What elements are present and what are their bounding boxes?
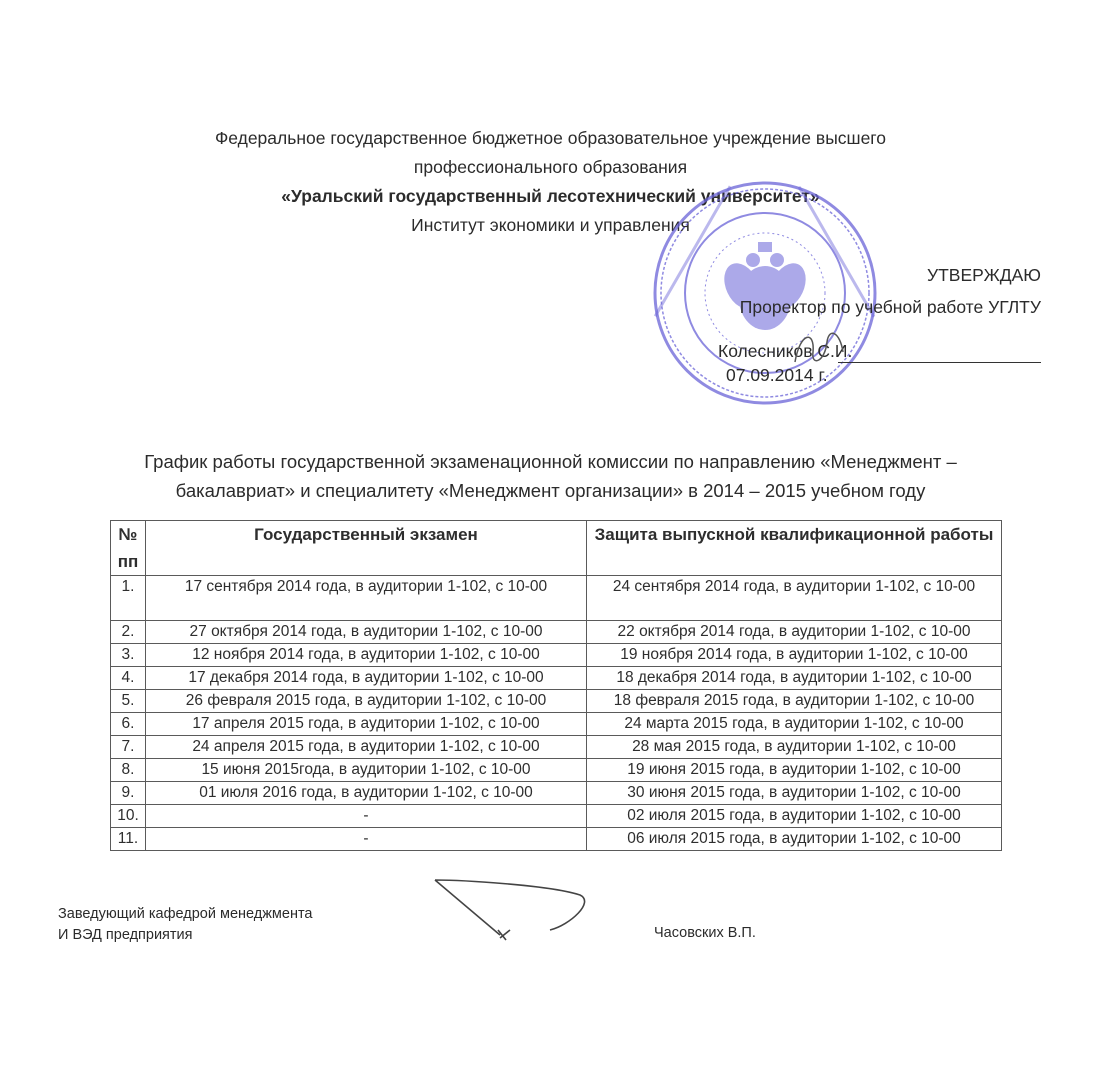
table-row: 6.17 апреля 2015 года, в аудитории 1-102… — [111, 713, 1002, 736]
table-row: 1.17 сентября 2014 года, в аудитории 1-1… — [111, 576, 1002, 621]
table-row: 3.12 ноября 2014 года, в аудитории 1-102… — [111, 644, 1002, 667]
approver-signature-icon — [785, 322, 855, 372]
cell-exam: 01 июля 2016 года, в аудитории 1-102, с … — [146, 782, 587, 805]
cell-defense: 19 ноября 2014 года, в аудитории 1-102, … — [587, 644, 1002, 667]
cell-exam: 26 февраля 2015 года, в аудитории 1-102,… — [146, 690, 587, 713]
institute-name: Институт экономики и управления — [0, 211, 1101, 240]
cell-exam: - — [146, 805, 587, 828]
cell-num: 8. — [111, 759, 146, 782]
header-exam: Государственный экзамен — [146, 521, 587, 576]
header-line-2: профессионального образования — [0, 153, 1101, 182]
signature-line — [838, 362, 1041, 363]
header-defense: Защита выпускной квалификационной работы — [587, 521, 1002, 576]
cell-num: 1. — [111, 576, 146, 621]
cell-num: 6. — [111, 713, 146, 736]
header-num: № пп — [111, 521, 146, 576]
document-title: График работы государственной экзаменаци… — [0, 447, 1101, 505]
cell-defense: 06 июля 2015 года, в аудитории 1-102, с … — [587, 828, 1002, 851]
table-row: 9.01 июля 2016 года, в аудитории 1-102, … — [111, 782, 1002, 805]
cell-num: 3. — [111, 644, 146, 667]
university-name: «Уральский государственный лесотехническ… — [0, 182, 1101, 211]
cell-defense: 18 декабря 2014 года, в аудитории 1-102,… — [587, 667, 1002, 690]
footer-position-line-2: И ВЭД предприятия — [58, 925, 313, 946]
cell-num: 11. — [111, 828, 146, 851]
table-row: 10.-02 июля 2015 года, в аудитории 1-102… — [111, 805, 1002, 828]
approve-label: УТВЕРЖДАЮ — [927, 265, 1041, 286]
title-line-1: График работы государственной экзаменаци… — [0, 447, 1101, 476]
cell-num: 7. — [111, 736, 146, 759]
cell-defense: 02 июля 2015 года, в аудитории 1-102, с … — [587, 805, 1002, 828]
schedule-table: № пп Государственный экзамен Защита выпу… — [110, 520, 1002, 851]
table-row: 5.26 февраля 2015 года, в аудитории 1-10… — [111, 690, 1002, 713]
cell-exam: 17 декабря 2014 года, в аудитории 1-102,… — [146, 667, 587, 690]
signer-name: Часовских В.П. — [654, 925, 756, 941]
title-line-2: бакалавриат» и специалитету «Менеджмент … — [0, 476, 1101, 505]
cell-exam: 15 июня 2015года, в аудитории 1-102, с 1… — [146, 759, 587, 782]
cell-exam: 17 апреля 2015 года, в аудитории 1-102, … — [146, 713, 587, 736]
cell-defense: 30 июня 2015 года, в аудитории 1-102, с … — [587, 782, 1002, 805]
cell-defense: 22 октября 2014 года, в аудитории 1-102,… — [587, 621, 1002, 644]
cell-defense: 19 июня 2015 года, в аудитории 1-102, с … — [587, 759, 1002, 782]
cell-num: 5. — [111, 690, 146, 713]
cell-defense: 28 мая 2015 года, в аудитории 1-102, с 1… — [587, 736, 1002, 759]
cell-exam: 12 ноября 2014 года, в аудитории 1-102, … — [146, 644, 587, 667]
cell-defense: 18 февраля 2015 года, в аудитории 1-102,… — [587, 690, 1002, 713]
table-row: 4.17 декабря 2014 года, в аудитории 1-10… — [111, 667, 1002, 690]
footer-position-line-1: Заведующий кафедрой менеджмента — [58, 904, 313, 925]
cell-num: 9. — [111, 782, 146, 805]
cell-num: 4. — [111, 667, 146, 690]
table-row: 7.24 апреля 2015 года, в аудитории 1-102… — [111, 736, 1002, 759]
footer-position: Заведующий кафедрой менеджмента И ВЭД пр… — [58, 904, 313, 946]
table-row: 2.27 октября 2014 года, в аудитории 1-10… — [111, 621, 1002, 644]
cell-exam: 27 октября 2014 года, в аудитории 1-102,… — [146, 621, 587, 644]
document-header: Федеральное государственное бюджетное об… — [0, 124, 1101, 240]
cell-exam: - — [146, 828, 587, 851]
cell-exam: 17 сентября 2014 года, в аудитории 1-102… — [146, 576, 587, 621]
approver-position: Проректор по учебной работе УГЛТУ — [740, 297, 1041, 318]
cell-defense: 24 марта 2015 года, в аудитории 1-102, с… — [587, 713, 1002, 736]
cell-defense: 24 сентября 2014 года, в аудитории 1-102… — [587, 576, 1002, 621]
cell-exam: 24 апреля 2015 года, в аудитории 1-102, … — [146, 736, 587, 759]
cell-num: 10. — [111, 805, 146, 828]
table-header-row: № пп Государственный экзамен Защита выпу… — [111, 521, 1002, 576]
cell-num: 2. — [111, 621, 146, 644]
table-row: 8.15 июня 2015года, в аудитории 1-102, с… — [111, 759, 1002, 782]
table-row: 11.-06 июля 2015 года, в аудитории 1-102… — [111, 828, 1002, 851]
header-line-1: Федеральное государственное бюджетное об… — [0, 124, 1101, 153]
head-signature-icon — [420, 870, 620, 950]
